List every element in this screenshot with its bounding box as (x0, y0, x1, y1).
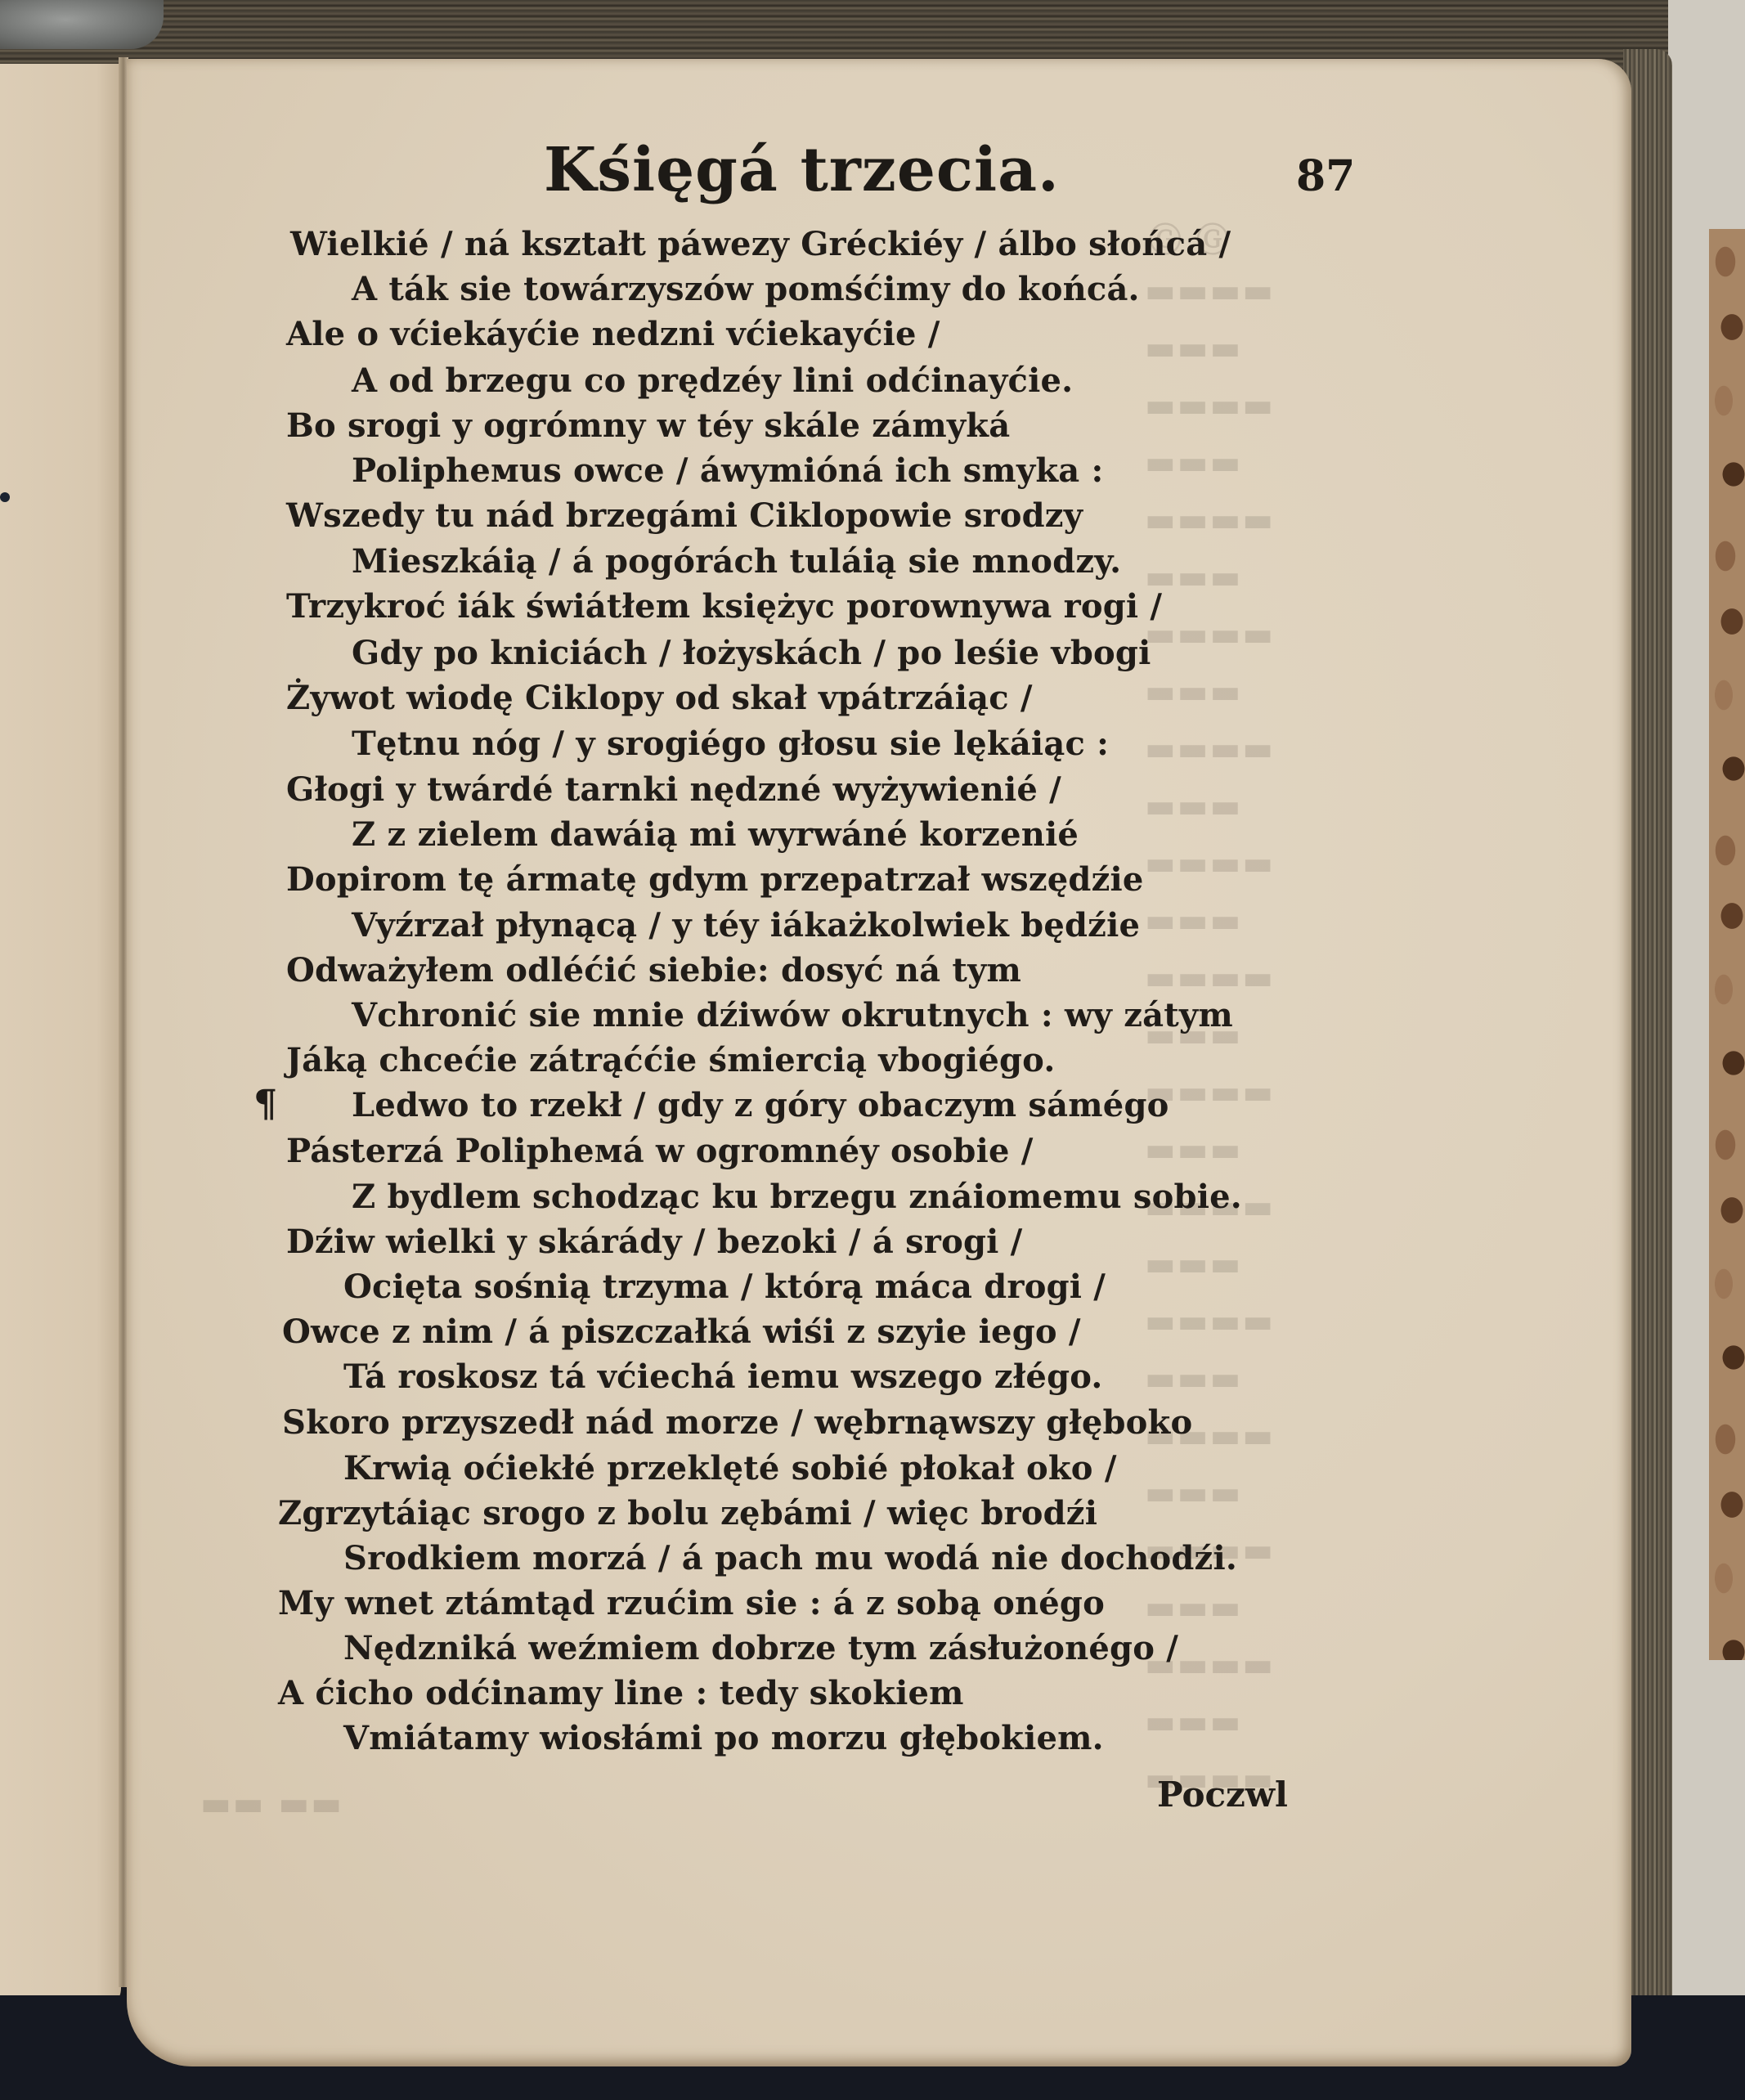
verse-line: Krwią oćiekłé przeklęté sobié płokał oko… (343, 1449, 1117, 1487)
verse-line: Odważyłem odléćić siebie: dosyć ná tym (286, 951, 1021, 989)
verse-line: Vyźrzał płynącą / y téy iákażkolwiek będ… (352, 906, 1140, 945)
verse-line: Dźiw wielki y skárády / bezoki / á srogi… (286, 1223, 1022, 1261)
bleed-through-text: ▬▬▬▬ (1145, 844, 1275, 882)
left-page-fragment (0, 64, 121, 2012)
verse-line: Z bydlem schodząc ku brzegu znáiomemu so… (352, 1178, 1242, 1216)
verse-line: Ledwo to rzekł / gdy z góry obaczym sámé… (352, 1086, 1169, 1124)
verse-line: A ták sie towárzyszów pomśćimy do końcá. (352, 270, 1140, 308)
bleed-through-text: ▬▬▬ (1145, 1474, 1242, 1512)
bleed-through-text: ▬▬▬ (1145, 901, 1242, 940)
running-title: Kśięgá trzecia. (544, 135, 1060, 205)
verse-line: Żywot wiodę Ciklopy od skał vpátrzáiąc / (286, 679, 1033, 717)
bleed-through-text: ▬▬▬ (1145, 787, 1242, 825)
verse-line: A ćicho odćinamy line : tedy skokiem (278, 1674, 964, 1712)
bleed-through-text: ▬▬▬▬ (1145, 1302, 1275, 1340)
ink-mark (0, 492, 10, 502)
verse-line: Wielkié / ná kształt páwezy Gréckiéy / á… (290, 225, 1231, 263)
verse-line: Owce z nim / á piszczałká wiśi z szyie i… (282, 1312, 1081, 1351)
verse-line: Głogi y twárdé tarnki nędzné wyżywienié … (286, 770, 1061, 809)
verse-line: Jáką chcećie zátrąććie śmiercią vbogiégo… (286, 1041, 1056, 1079)
bleed-through-text: ▬▬▬ (1145, 329, 1242, 367)
verse-line: Pásterzá Polipheмá w ogromnéy osobie / (286, 1132, 1034, 1170)
verse-line: Wszedy tu nád brzegámi Ciklopowie srodzy (286, 496, 1083, 535)
book-corner-clip (0, 0, 164, 49)
verse-line: Z z zielem dawáią mi wyrwáné korzenié (352, 815, 1079, 854)
verse-line: Ocięta sośnią trzyma / którą máca drogi … (343, 1268, 1106, 1306)
bleed-through-text: ▬▬▬▬ (1145, 958, 1275, 997)
bleed-through-text: ▬▬ ▬▬ (200, 1784, 343, 1823)
verse-line: Vmiátamy wiosłámi po morzu głębokiem. (343, 1719, 1104, 1757)
marbled-cover-pattern (1709, 229, 1745, 1660)
bleed-through-text: ▬▬▬ (1145, 1359, 1242, 1398)
verse-line: Bo srogi y ogrómny w téy skále zámyká (286, 406, 1010, 445)
bleed-through-text: ▬▬▬ (1145, 672, 1242, 711)
verse-line: Vchronić sie mnie dźiwów okrutnych : wy … (352, 996, 1233, 1034)
page-number: 87 (1296, 151, 1355, 201)
bleed-through-text: ▬▬▬▬ (1145, 729, 1275, 768)
verse-line: Srodkiem morzá / á pach mu wodá nie doch… (343, 1539, 1237, 1577)
verse-line: Tętnu nóg / y srogiégo głosu sie lękáiąc… (352, 725, 1109, 763)
bleed-through-text: ▬▬▬ (1145, 1703, 1242, 1741)
verse-line: Nędzniká weźmiem dobrze tym zásłużonégo … (343, 1629, 1178, 1667)
bleed-through-text: ▬▬▬▬ (1145, 615, 1275, 653)
verse-line: Tá roskosz tá vćiechá iemu wszego złégo. (343, 1357, 1103, 1396)
verse-line: Trzykroć iák świátłem księżyc porownywa … (286, 587, 1162, 626)
verse-line: Zgrzytáiąc srogo z bolu zębámi / więc br… (278, 1494, 1097, 1532)
verse-line: Skoro przyszedł nád morze / wębrnąwszy g… (282, 1403, 1192, 1442)
catchword: Poczwl (1157, 1775, 1288, 1815)
bleed-through-text: ▬▬▬▬ (1145, 271, 1275, 310)
bleed-through-text: ▬▬▬ (1145, 443, 1242, 482)
verse-line: Polipheмus owce / áwymióná ich smyka : (352, 451, 1104, 490)
verse-line: Gdy po kniciách / łożyskách / po leśie v… (352, 634, 1151, 672)
bleed-through-text: ▬▬▬ (1145, 1588, 1242, 1627)
verse-line: My wnet ztámtąd rzućim sie : á z sobą on… (278, 1584, 1105, 1622)
verse-line: Mieszkáią / á pogórách tuláią sie mnodzy… (352, 542, 1121, 581)
verse-line: Dopirom tę ármatę gdym przepatrzał wszęd… (286, 860, 1144, 899)
verse-line: Ale o vćiekáyćie nedzni vćiekayćie / (286, 315, 940, 353)
verse-line: A od brzegu co prędzéy lini odćinayćie. (352, 361, 1073, 400)
bleed-through-text: ▬▬▬▬ (1145, 386, 1275, 424)
bleed-through-text: ▬▬▬ (1145, 1245, 1242, 1283)
bleed-through-text: ▬▬▬ (1145, 1130, 1242, 1169)
paragraph-mark: ¶ (253, 1081, 277, 1125)
bleed-through-text: ▬▬▬▬ (1145, 500, 1275, 539)
